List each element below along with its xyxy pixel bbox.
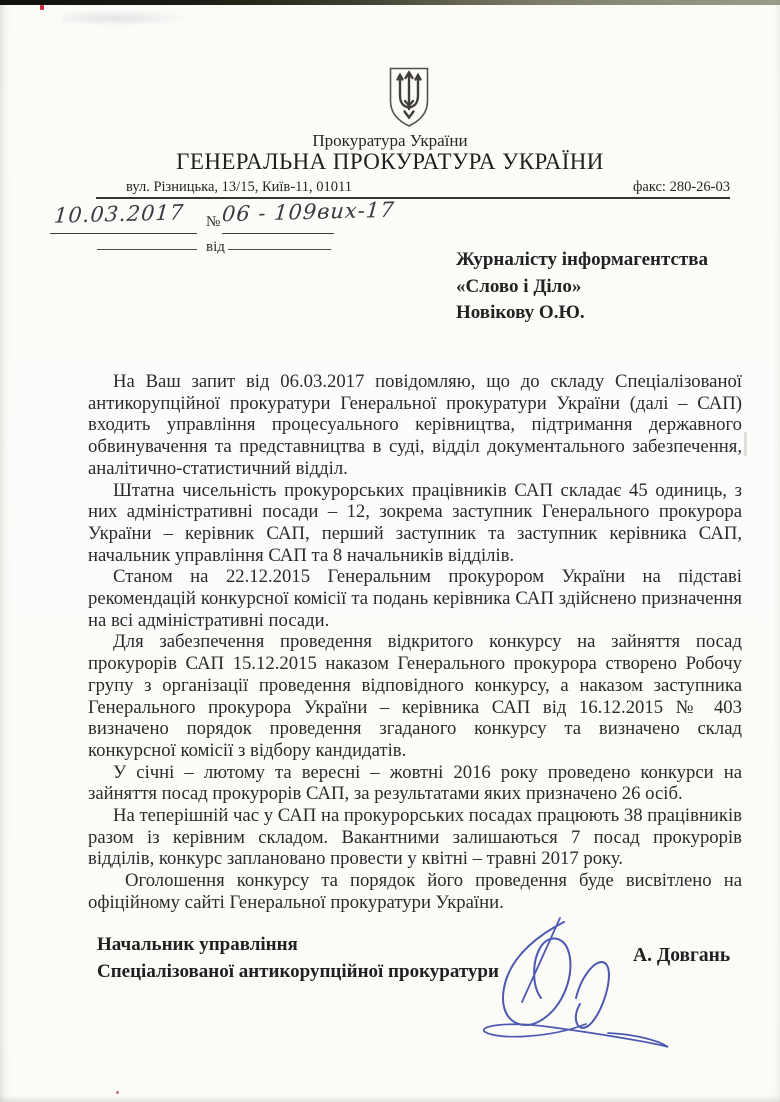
signer-title-block: Начальник управління Спеціалізованої ант… bbox=[97, 931, 517, 985]
signer-title-line: Спеціалізованої антикорупційної прокурат… bbox=[97, 958, 517, 985]
number-sign-label: № bbox=[206, 214, 220, 231]
scanned-letter-page: Прокуратура України ГЕНЕРАЛЬНА ПРОКУРАТУ… bbox=[0, 0, 780, 1102]
body-paragraph: Штатна чисельність прокурорських працівн… bbox=[88, 480, 742, 567]
ukraine-trident-emblem-icon bbox=[388, 67, 430, 128]
recipient-block: Журналісту інформагентства «Слово і Діло… bbox=[456, 247, 746, 327]
letterhead-org-subtitle: Прокуратура України bbox=[35, 131, 745, 151]
handwritten-number: 06 - 109вих-17 bbox=[221, 198, 396, 227]
letter-body: На Ваш запит від 06.03.2017 повідомляю, … bbox=[88, 371, 742, 914]
letterhead-org-title: ГЕНЕРАЛЬНА ПРОКУРАТУРА УКРАЇНИ bbox=[35, 149, 745, 175]
signer-name: А. Довгань bbox=[633, 945, 730, 967]
incoming-number-blank-line bbox=[228, 224, 331, 250]
scan-edge-bar bbox=[0, 0, 780, 5]
scan-pink-speck bbox=[116, 1091, 119, 1094]
handwritten-signature bbox=[478, 912, 703, 1052]
recipient-line: «Слово і Діло» bbox=[456, 274, 746, 301]
scan-bottom-shadow bbox=[0, 1095, 780, 1102]
recipient-line: Новікову О.Ю. bbox=[456, 300, 746, 327]
ink-bleedthrough-smudge bbox=[62, 10, 192, 26]
scan-red-speck bbox=[40, 5, 44, 10]
recipient-line: Журналісту інформагентства bbox=[456, 247, 746, 274]
scan-edge-mark bbox=[744, 432, 747, 456]
letterhead-contact-row: вул. Різницька, 13/15, Київ-11, 01011 фа… bbox=[96, 179, 730, 196]
letterhead-address: вул. Різницька, 13/15, Київ-11, 01011 bbox=[96, 179, 352, 196]
body-paragraph: Для забезпечення проведення відкритого к… bbox=[88, 631, 742, 761]
vid-label: від bbox=[206, 239, 225, 256]
body-paragraph: На теперішній час у САП на прокурорських… bbox=[88, 805, 742, 870]
signer-title-line: Начальник управління bbox=[97, 931, 517, 958]
body-paragraph: Станом на 22.12.2015 Генеральним прокуро… bbox=[88, 566, 742, 631]
letterhead-divider-rule bbox=[96, 197, 730, 199]
body-paragraph: У січні – лютому та вересні – жовтні 201… bbox=[88, 762, 742, 805]
body-paragraph: На Ваш запит від 06.03.2017 повідомляю, … bbox=[88, 371, 742, 480]
letterhead-fax: факс: 280-26-03 bbox=[633, 179, 730, 196]
incoming-date-blank-line bbox=[97, 224, 197, 250]
body-paragraph: Оголошення конкурсу та порядок його пров… bbox=[88, 870, 742, 913]
